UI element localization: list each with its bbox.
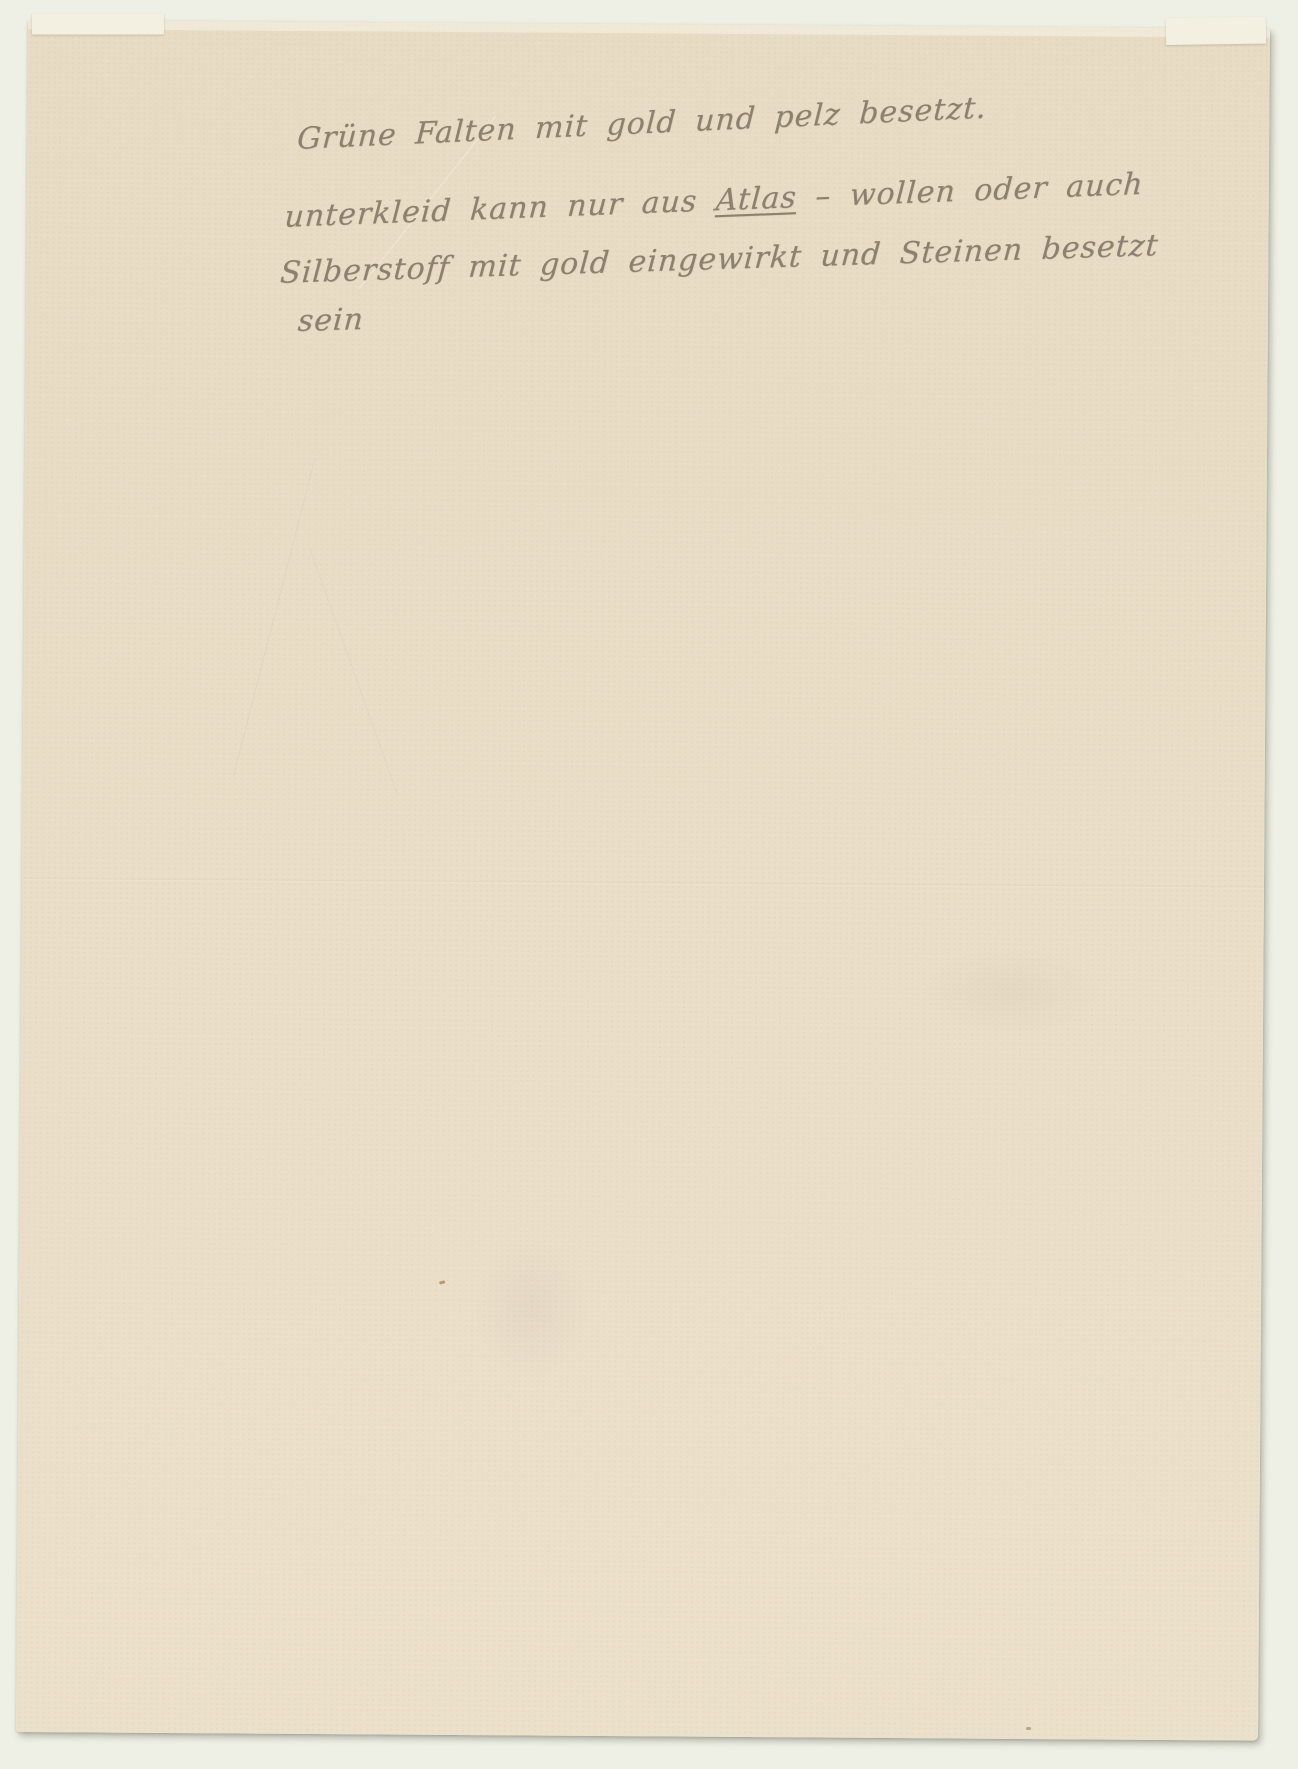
surface-scratch (233, 457, 316, 777)
handwriting-line-2-end: – wollen oder auch (796, 167, 1145, 215)
handwriting-line-2: unterkleid kann nur aus Atlas – wollen o… (283, 167, 1144, 235)
paper-speck (1026, 1727, 1031, 1730)
handwriting-word-atlas: Atlas (715, 180, 798, 218)
tape-hinge-left (32, 13, 164, 34)
paper-smudge (474, 1233, 590, 1379)
paper-smudge (921, 946, 1102, 1037)
paper-speck (439, 1280, 446, 1284)
handwriting-line-2-start: unterkleid kann nur aus (283, 183, 717, 235)
manuscript-paper: Grüne Falten mit gold und pelz besetzt. … (16, 20, 1270, 1741)
scan-background: Grüne Falten mit gold und pelz besetzt. … (0, 0, 1298, 1769)
horizontal-fold-line (22, 878, 1264, 889)
paper-top-edge-tape (28, 20, 1270, 38)
tape-hinge-right (1166, 17, 1266, 45)
handwriting-line-4: sein (297, 302, 366, 339)
paper-crease (359, 116, 496, 289)
surface-scratch (310, 550, 398, 795)
handwriting-line-3: Silberstoff mit gold eingewirkt und Stei… (279, 228, 1160, 291)
handwriting-line-1: Grüne Falten mit gold und pelz besetzt. (296, 91, 988, 157)
